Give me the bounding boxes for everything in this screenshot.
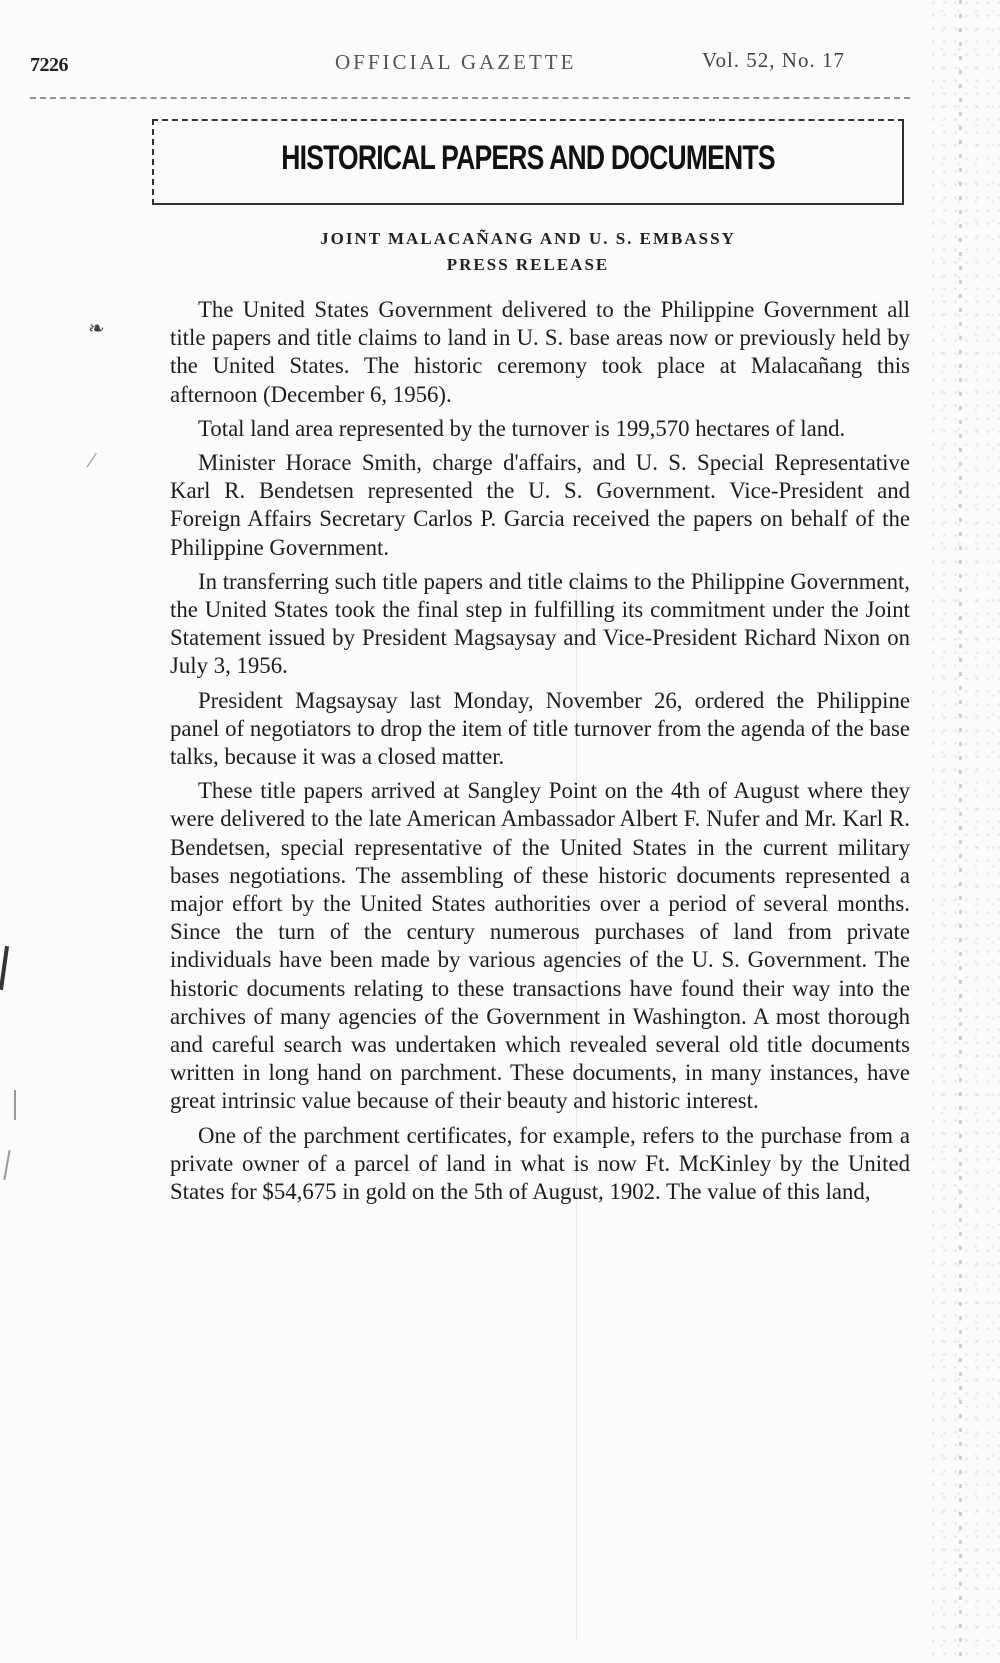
paragraph: In transferring such title papers and ti… bbox=[170, 568, 910, 681]
page-number: 7226 bbox=[30, 54, 68, 77]
article-heading: JOINT MALACAÑANG AND U. S. EMBASSY PRESS… bbox=[152, 226, 904, 278]
article-body: The United States Government delivered t… bbox=[170, 296, 910, 1212]
header-rule bbox=[30, 97, 910, 99]
scan-edge-line bbox=[959, 0, 962, 1663]
section-title-box: HISTORICAL PAPERS AND DOCUMENTS bbox=[152, 119, 904, 205]
running-head: 7226 OFFICIAL GAZETTE Vol. 52, No. 17 bbox=[30, 48, 910, 78]
article-heading-line2: PRESS RELEASE bbox=[152, 252, 904, 278]
paragraph: Total land area represented by the turno… bbox=[170, 415, 910, 443]
paragraph: These title papers arrived at Sangley Po… bbox=[170, 777, 910, 1115]
paragraph: President Magsaysay last Monday, Novembe… bbox=[170, 687, 910, 772]
paragraph: One of the parchment certificates, for e… bbox=[170, 1122, 910, 1207]
paragraph: Minister Horace Smith, charge d'affairs,… bbox=[170, 449, 910, 562]
article-heading-line1: JOINT MALACAÑANG AND U. S. EMBASSY bbox=[152, 226, 904, 252]
scan-edge-noise bbox=[930, 0, 1000, 1663]
scan-mark: / bbox=[85, 448, 98, 476]
section-title: HISTORICAL PAPERS AND DOCUMENTS bbox=[236, 139, 819, 178]
paragraph: The United States Government delivered t… bbox=[170, 296, 910, 409]
scan-mark bbox=[14, 1090, 16, 1120]
scan-speck: ❧ bbox=[88, 316, 105, 341]
scan-mark bbox=[0, 946, 9, 990]
scan-mark bbox=[3, 1150, 10, 1180]
volume-number: Vol. 52, No. 17 bbox=[702, 48, 845, 73]
publication-title: OFFICIAL GAZETTE bbox=[335, 50, 576, 75]
